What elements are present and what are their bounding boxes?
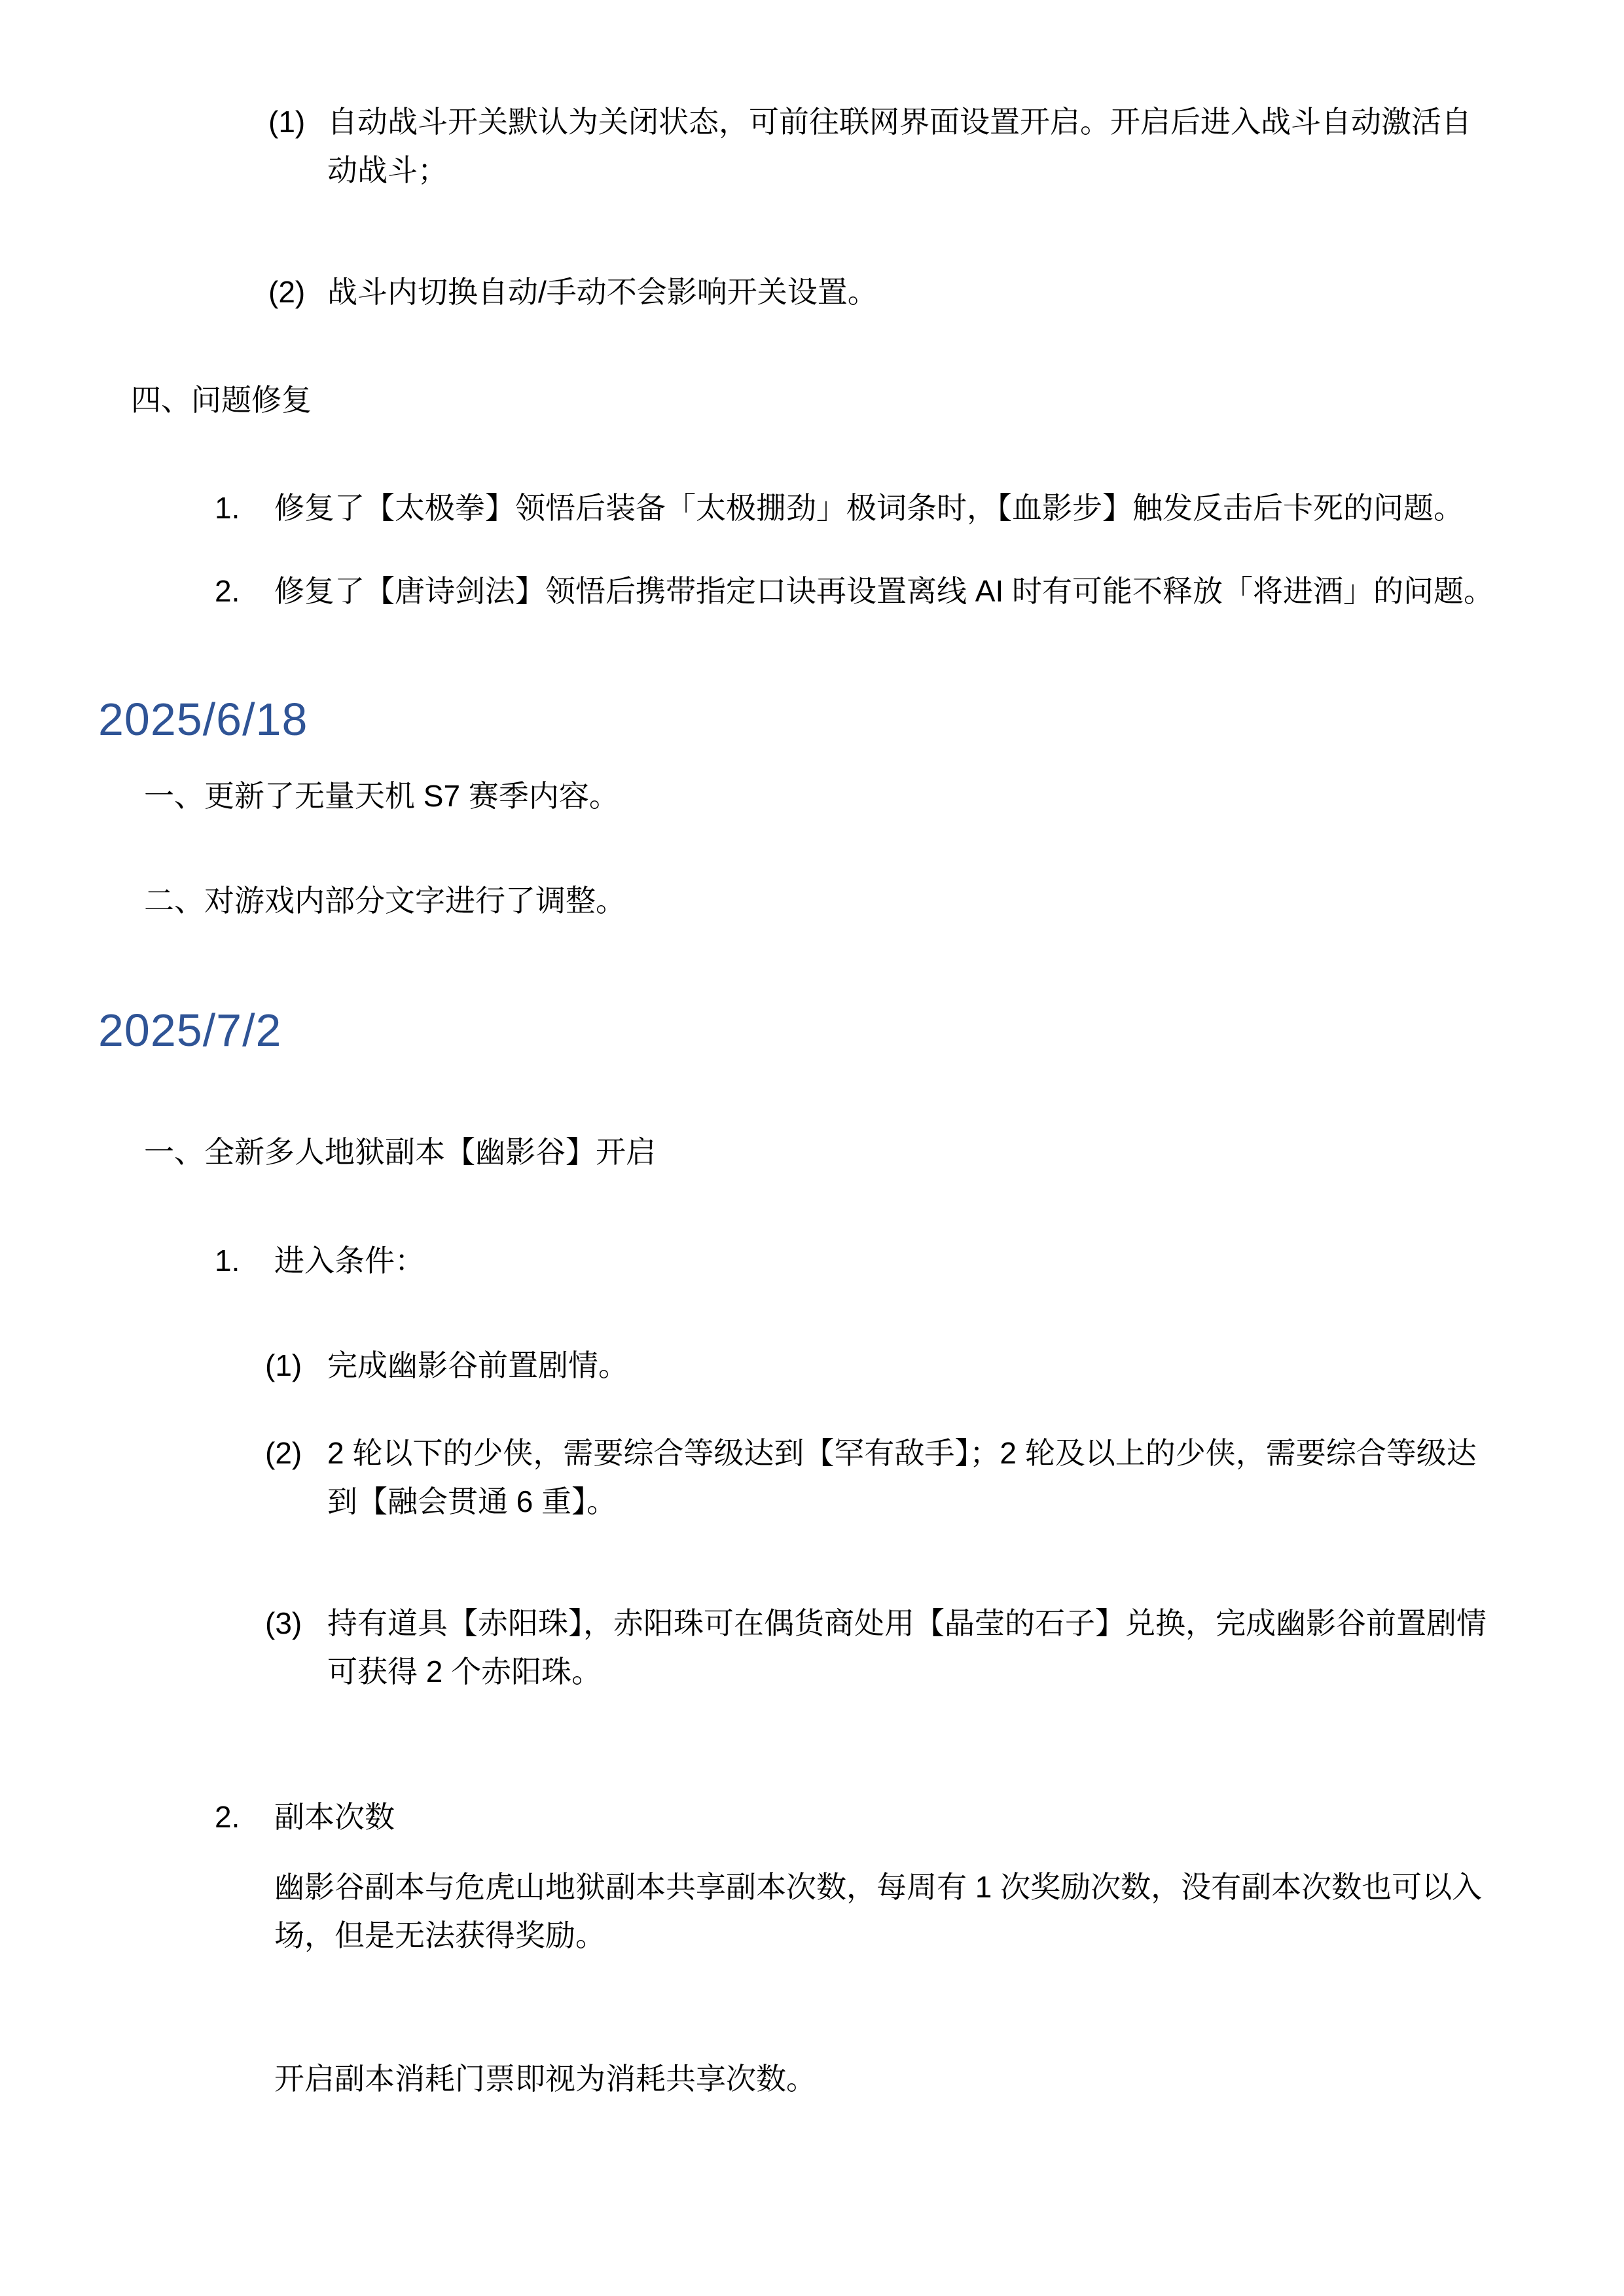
list-item-text: 自动战斗开关默认为关闭状态，可前往联网界面设置开启。开启后进入战斗自动激活自动战… [327,98,1499,194]
list-item-text: 修复了【太极拳】领悟后装备「太极掤劲」极词条时，【血影步】触发反击后卡死的问题。 [274,484,1495,532]
list-item: 二、对游戏内部分文字进行了调整。 [144,876,1492,925]
list-item-marker: 2. [215,567,274,615]
list-item-marker: (3) [265,1599,327,1647]
document-page: (1) 自动战斗开关默认为关闭状态，可前往联网界面设置开启。开启后进入战斗自动激… [0,0,1624,2296]
list-item-text: 持有道具【赤阳珠】，赤阳珠可在偶货商处用【晶莹的石子】兑换，完成幽影谷前置剧情可… [327,1599,1502,1696]
list-item-text: 完成幽影谷前置剧情。 [327,1341,1502,1390]
paragraph-ticket-consume: 开启副本消耗门票即视为消耗共享次数。 [274,2054,1495,2103]
list-item: 2. 修复了【唐诗剑法】领悟后携带指定口诀再设置离线 AI 时有可能不释放「将进… [215,567,1495,615]
list-item-marker: 1. [215,484,274,532]
list-item: (2) 战斗内切换自动/手动不会影响开关设置。 [268,268,1499,316]
list-item-text: 副本次数 [274,1793,1495,1841]
list-item-text: 进入条件： [274,1236,1495,1285]
list-item: (1) 自动战斗开关默认为关闭状态，可前往联网界面设置开启。开启后进入战斗自动激… [268,98,1499,194]
list-item-dungeon-count: 2. 副本次数 [215,1793,1495,1841]
list-item-text: 修复了【唐诗剑法】领悟后携带指定口诀再设置离线 AI 时有可能不释放「将进酒」的… [274,567,1495,615]
list-item-marker: (1) [268,98,327,146]
list-item-marker: (1) [265,1341,327,1390]
list-item: (3) 持有道具【赤阳珠】，赤阳珠可在偶货商处用【晶莹的石子】兑换，完成幽影谷前… [265,1599,1502,1696]
list-item-marker: (2) [265,1429,327,1477]
list-item: 一、更新了无量天机 S7 赛季内容。 [144,772,1492,820]
list-item-text: 战斗内切换自动/手动不会影响开关设置。 [327,268,1499,316]
list-item: 1. 修复了【太极拳】领悟后装备「太极掤劲」极词条时，【血影步】触发反击后卡死的… [215,484,1495,532]
date-heading-2025-6-18: 2025/6/18 [98,691,308,747]
section-heading-bugfix: 四、问题修复 [131,376,312,424]
list-item-marker: (2) [268,268,327,316]
list-item-text: 2 轮以下的少侠，需要综合等级达到【罕有敌手】；2 轮及以上的少侠，需要综合等级… [327,1429,1502,1526]
section-title-new-dungeon: 一、全新多人地狱副本【幽影谷】开启 [144,1128,1492,1176]
list-item: (2) 2 轮以下的少侠，需要综合等级达到【罕有敌手】；2 轮及以上的少侠，需要… [265,1429,1502,1526]
list-item: (1) 完成幽影谷前置剧情。 [265,1341,1502,1390]
paragraph-shared-count: 幽影谷副本与危虎山地狱副本共享副本次数，每周有 1 次奖励次数，没有副本次数也可… [274,1863,1495,1960]
date-heading-2025-7-2: 2025/7/2 [98,1002,281,1058]
list-item-entry-conditions: 1. 进入条件： [215,1236,1495,1285]
list-item-marker: 1. [215,1236,274,1285]
list-item-marker: 2. [215,1793,274,1841]
